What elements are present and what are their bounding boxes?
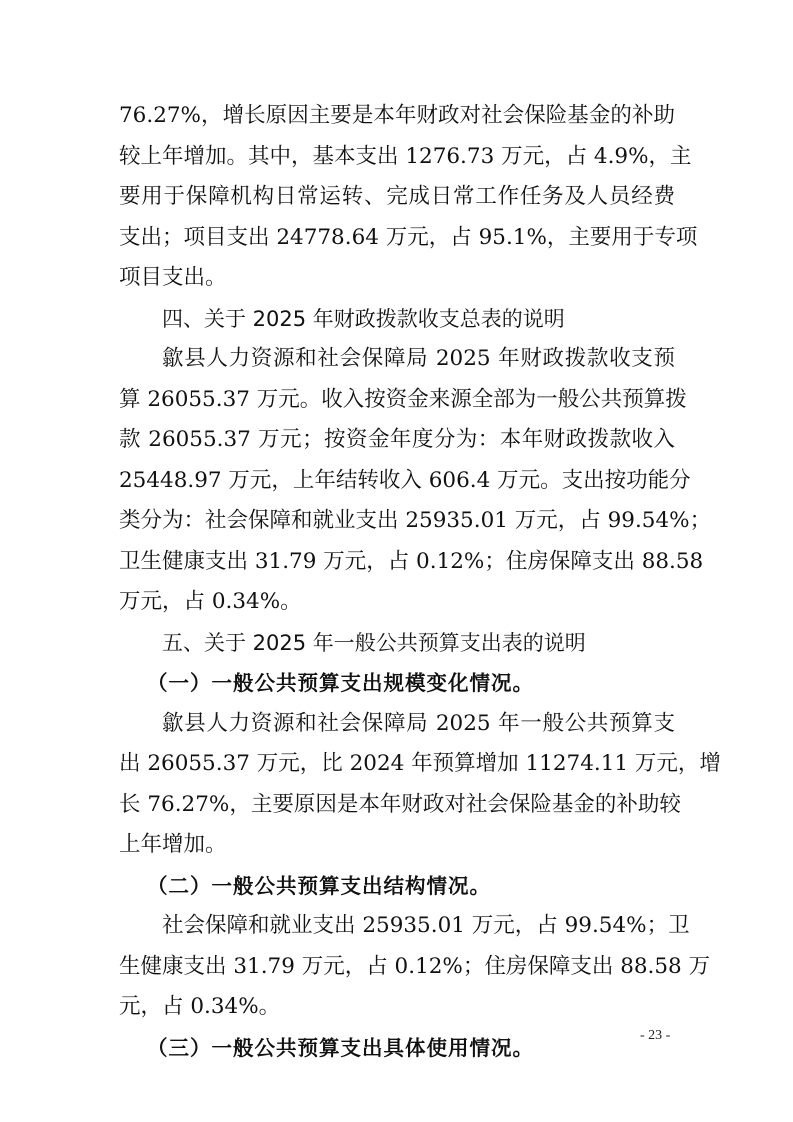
text-line: 项目支出。 (119, 258, 675, 299)
text-line: 歙县人力资源和社会保障局 2025 年财政拨款收支预 (119, 339, 675, 380)
text-line: 要用于保障机构日常运转、完成日常工作任务及人员经费 (119, 177, 675, 218)
text-line: 上年增加。 (119, 825, 675, 866)
page-number: - 23 - (640, 1028, 670, 1044)
text-line: 出 26055.37 万元，比 2024 年预算增加 11274.11 万元，增 (119, 744, 675, 785)
section-heading-4: 四、关于 2025 年财政拨款收支总表的说明 (119, 299, 675, 340)
text-line: 生健康支出 31.79 万元，占 0.12%；住房保障支出 88.58 万 (119, 947, 675, 988)
text-line: 款 26055.37 万元；按资金年度分为：本年财政拨款收入 (119, 420, 675, 461)
text-line: 76.27%，增长原因主要是本年财政对社会保险基金的补助 (119, 96, 675, 137)
text-line: 类分为：社会保障和就业支出 25935.01 万元，占 99.54%； (119, 501, 675, 542)
section-heading-5: 五、关于 2025 年一般公共预算支出表的说明 (119, 623, 675, 664)
text-line: 25448.97 万元，上年结转收入 606.4 万元。支出按功能分 (119, 461, 675, 502)
text-line: 万元，占 0.34%。 (119, 582, 675, 623)
text-line: 歙县人力资源和社会保障局 2025 年一般公共预算支 (119, 704, 675, 745)
text-line: 元，占 0.34%。 (119, 987, 675, 1028)
subsection-heading-1: （一）一般公共预算支出规模变化情况。 (119, 663, 675, 704)
text-line: 较上年增加。其中，基本支出 1276.73 万元，占 4.9%，主 (119, 137, 675, 178)
subsection-heading-3: （三）一般公共预算支出具体使用情况。 (119, 1028, 675, 1069)
text-line: 算 26055.37 万元。收入按资金来源全部为一般公共预算拨 (119, 380, 675, 421)
document-body: 76.27%，增长原因主要是本年财政对社会保险基金的补助 较上年增加。其中，基本… (119, 96, 675, 1068)
subsection-heading-2: （二）一般公共预算支出结构情况。 (119, 866, 675, 907)
text-line: 长 76.27%，主要原因是本年财政对社会保险基金的补助较 (119, 785, 675, 826)
text-line: 卫生健康支出 31.79 万元，占 0.12%；住房保障支出 88.58 (119, 542, 675, 583)
text-line: 社会保障和就业支出 25935.01 万元，占 99.54%；卫 (119, 906, 675, 947)
text-line: 支出；项目支出 24778.64 万元，占 95.1%，主要用于专项 (119, 218, 675, 259)
